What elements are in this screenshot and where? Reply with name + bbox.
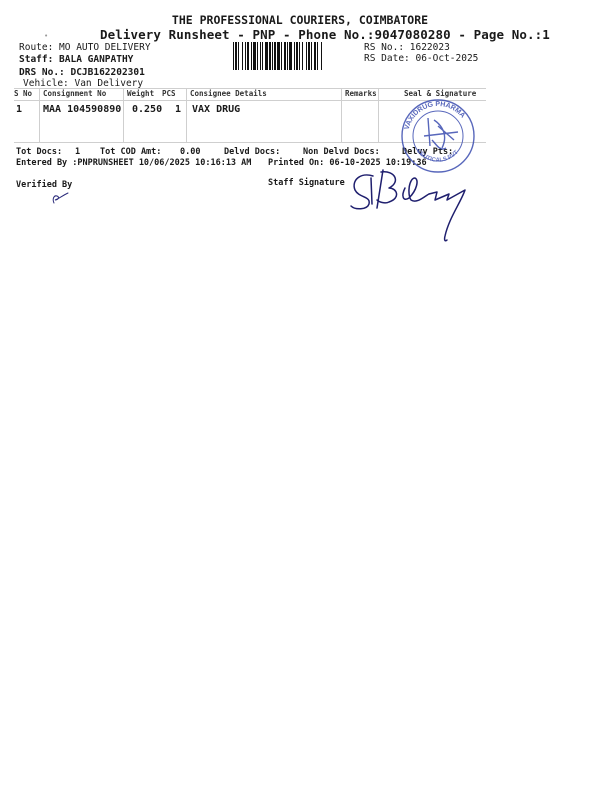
column-divider (341, 88, 342, 143)
tot-docs-label: Tot Docs: (16, 147, 62, 157)
entered-by: Entered By :PNPRUNSHEET 10/06/2025 10:16… (16, 158, 251, 168)
tot-cod-value: 0.00 (180, 147, 200, 157)
cell-s-no: 1 (16, 104, 22, 115)
header-pcs: PCS (162, 89, 176, 98)
runsheet-subtitle: Delivery Runsheet - PNP - Phone No.:9047… (100, 27, 550, 42)
column-divider (378, 88, 379, 143)
tot-docs-value: 1 (75, 147, 80, 157)
drs-number-field: DRS No.: DCJB162202301 (19, 67, 145, 78)
staff-field: Staff: BALA GANPATHY (19, 54, 133, 65)
verifier-initial-icon (48, 191, 70, 205)
barcode (233, 42, 361, 70)
delvd-docs-label: Delvd Docs: (224, 147, 280, 157)
header-consignee-details: Consignee Details (190, 89, 267, 98)
route-field: Route: MO AUTO DELIVERY (19, 42, 151, 53)
rs-number-field: RS No.: 1622023 (364, 42, 450, 53)
company-title: THE PROFESSIONAL COURIERS, COIMBATORE (0, 13, 600, 27)
non-delvd-docs-label: Non Delvd Docs: (303, 147, 380, 157)
verified-by-label: Verified By (16, 180, 72, 190)
rs-date-field: RS Date: 06-Oct-2025 (364, 53, 478, 64)
column-divider (186, 88, 187, 143)
scan-speck: • (44, 32, 48, 40)
cell-weight: 0.250 (132, 104, 162, 115)
header-weight: Weight (127, 89, 154, 98)
staff-signature-icon (345, 168, 505, 248)
tot-cod-label: Tot COD Amt: (100, 147, 161, 157)
column-divider (123, 88, 124, 143)
cell-consignee: VAX DRUG (192, 104, 240, 115)
svg-text:CEUTICALS PVT: CEUTICALS PVT (415, 148, 460, 163)
staff-signature-label: Staff Signature (268, 178, 345, 188)
header-s-no: S No (14, 89, 32, 98)
company-seal-stamp-icon: VAXIDRUG PHARMA CEUTICALS PVT (398, 96, 478, 176)
header-remarks: Remarks (345, 89, 377, 98)
cell-consignment-no: MAA 104590890 (43, 104, 121, 115)
column-divider (39, 88, 40, 143)
header-consignment-no: Consignment No (43, 89, 106, 98)
cell-pcs: 1 (175, 104, 181, 115)
